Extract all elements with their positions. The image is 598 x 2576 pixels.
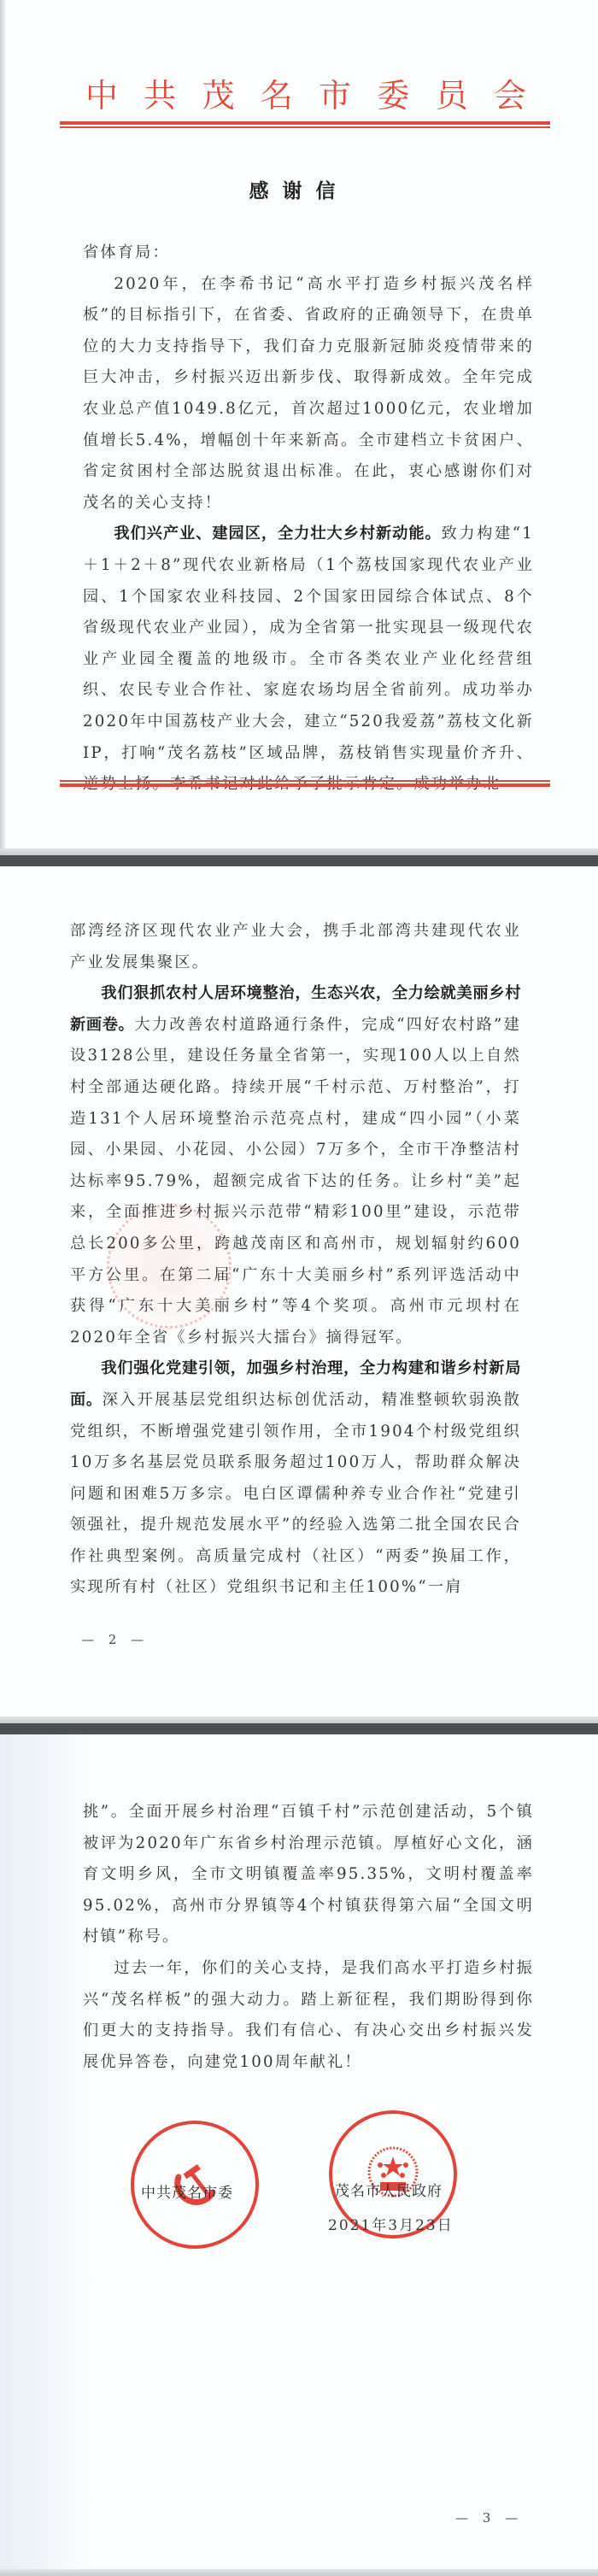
paragraph-party-building: 我们强化党建引领，加强乡村治理，全力构建和谐乡村新局面。深入开展基层党组织达标创… bbox=[70, 1353, 521, 1604]
letterhead-char: 共 bbox=[144, 79, 176, 113]
letterhead-char: 名 bbox=[261, 79, 293, 113]
paragraph-industry: 我们兴产业、建园区，全力壮大乡村新动能。致力构建“1＋1＋2＋8”现代农业新格局… bbox=[83, 519, 534, 800]
letterhead-char: 茂 bbox=[202, 79, 235, 113]
document-page-3: 挑”。全面开展乡村治理“百镇千村”示范创建活动，5个镇被评为2020年广东省乡村… bbox=[0, 1734, 598, 2576]
scan-shadow bbox=[0, 1734, 94, 2576]
paragraph-environment: 我们狠抓农村人居环境整治，生态兴农，全力绘就美丽乡村新画卷。大力改善农村道路通行… bbox=[70, 978, 521, 1353]
signature-government: 茂名市人民政府 bbox=[335, 2179, 443, 2200]
paragraph-governance-continued: 挑”。全面开展乡村治理“百镇千村”示范创建活动，5个镇被评为2020年广东省乡村… bbox=[83, 1797, 534, 1953]
letterhead-title: 中 共 茂 名 市 委 员 会 bbox=[85, 79, 526, 113]
letterhead-red-rule bbox=[60, 121, 550, 129]
page-1-body: 省体育局： 2020年，在李希书记“高水平打造乡村振兴茂名样板”的目标指引下，在… bbox=[83, 238, 534, 801]
signature-party-committee: 中共茂名市委 bbox=[141, 2180, 233, 2202]
salutation: 省体育局： bbox=[83, 238, 534, 269]
document-title: 感谢信 bbox=[0, 175, 598, 203]
signature-date: 2021年3月23日 bbox=[328, 2213, 454, 2234]
footer-red-rule bbox=[60, 780, 550, 788]
document-page-1: 中 共 茂 名 市 委 员 会 感谢信 省体育局： 2020年，在李希书记“高水… bbox=[0, 0, 598, 855]
paragraph-closing: 过去一年，你们的关心支持，是我们高水平打造乡村振兴“茂名样板”的强大动力。踏上新… bbox=[83, 1953, 534, 2078]
page-number: — 3 — bbox=[455, 2510, 523, 2526]
letterhead-char: 员 bbox=[436, 79, 468, 113]
paragraph-lead: 我们兴产业、建园区，全力壮大乡村新动能。 bbox=[114, 525, 441, 543]
page-edge-shadow bbox=[0, 0, 5, 855]
paragraph-industry-continued: 部湾经济区现代农业产业大会，携手北部湾共建现代农业产业发展集聚区。 bbox=[70, 916, 521, 978]
page-number: — 2 — bbox=[81, 1632, 149, 1647]
paragraph-intro: 2020年，在李希书记“高水平打造乡村振兴茂名样板”的目标指引下，在省委、省政府… bbox=[83, 269, 534, 519]
page-3-body: 挑”。全面开展乡村治理“百镇千村”示范创建活动，5个镇被评为2020年广东省乡村… bbox=[83, 1797, 534, 2078]
letterhead-char: 市 bbox=[319, 79, 351, 113]
letterhead-char: 中 bbox=[85, 79, 118, 113]
letterhead-char: 委 bbox=[377, 79, 409, 113]
document-page-2: 部湾经济区现代农业产业大会，携手北部湾共建现代农业产业发展集聚区。 我们狠抓农村… bbox=[0, 866, 598, 1723]
letterhead-char: 会 bbox=[494, 79, 526, 113]
page-2-body: 部湾经济区现代农业产业大会，携手北部湾共建现代农业产业发展集聚区。 我们狠抓农村… bbox=[70, 916, 521, 1604]
